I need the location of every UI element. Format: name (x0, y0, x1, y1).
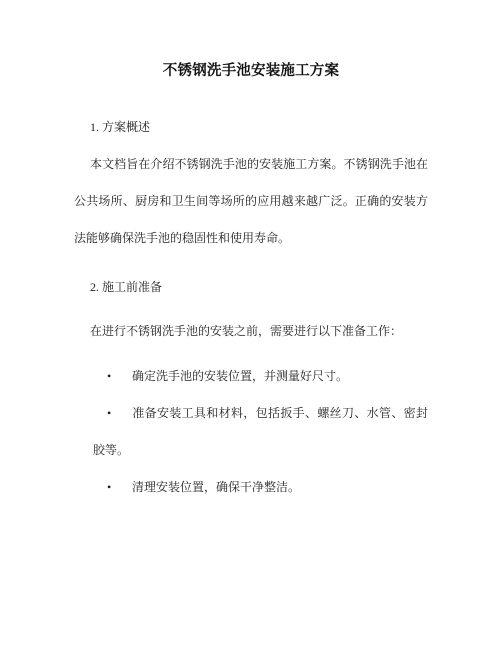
bullet-marker-icon: • (107, 395, 132, 432)
bullet-text: 清理安装位置，确保干净整洁。 (132, 480, 300, 494)
bullet-item: •清理安装位置，确保干净整洁。 (74, 469, 428, 506)
section-2-paragraph: 在进行不锈钢洗手池的安装之前，需要进行以下准备工作： (74, 313, 428, 350)
bullet-item: •准备安装工具和材料，包括扳手、螺丝刀、水管、密封胶等。 (74, 395, 428, 469)
bullet-marker-icon: • (107, 358, 132, 395)
bullet-text: 准备安装工具和材料，包括扳手、螺丝刀、水管、密封胶等。 (93, 406, 428, 457)
bullet-item: •确定洗手池的安装位置，并测量好尺寸。 (74, 358, 428, 395)
bullet-list: •确定洗手池的安装位置，并测量好尺寸。 •准备安装工具和材料，包括扳手、螺丝刀、… (74, 358, 428, 506)
document-content: 不锈钢洗手池安装施工方案 1. 方案概述 本文档旨在介绍不锈钢洗手池的安装施工方… (0, 0, 502, 506)
section-1-paragraph: 本文档旨在介绍不锈钢洗手池的安装施工方案。不锈钢洗手池在公共场所、厨房和卫生间等… (74, 146, 428, 257)
document-title: 不锈钢洗手池安装施工方案 (74, 60, 428, 82)
document-page: 不锈钢洗手池安装施工方案 1. 方案概述 本文档旨在介绍不锈钢洗手池的安装施工方… (0, 0, 502, 649)
section-1-heading: 1. 方案概述 (74, 109, 428, 146)
bullet-text: 确定洗手池的安装位置，并测量好尺寸。 (132, 369, 348, 383)
section-2-heading: 2. 施工前准备 (74, 269, 428, 306)
bullet-marker-icon: • (107, 469, 132, 506)
